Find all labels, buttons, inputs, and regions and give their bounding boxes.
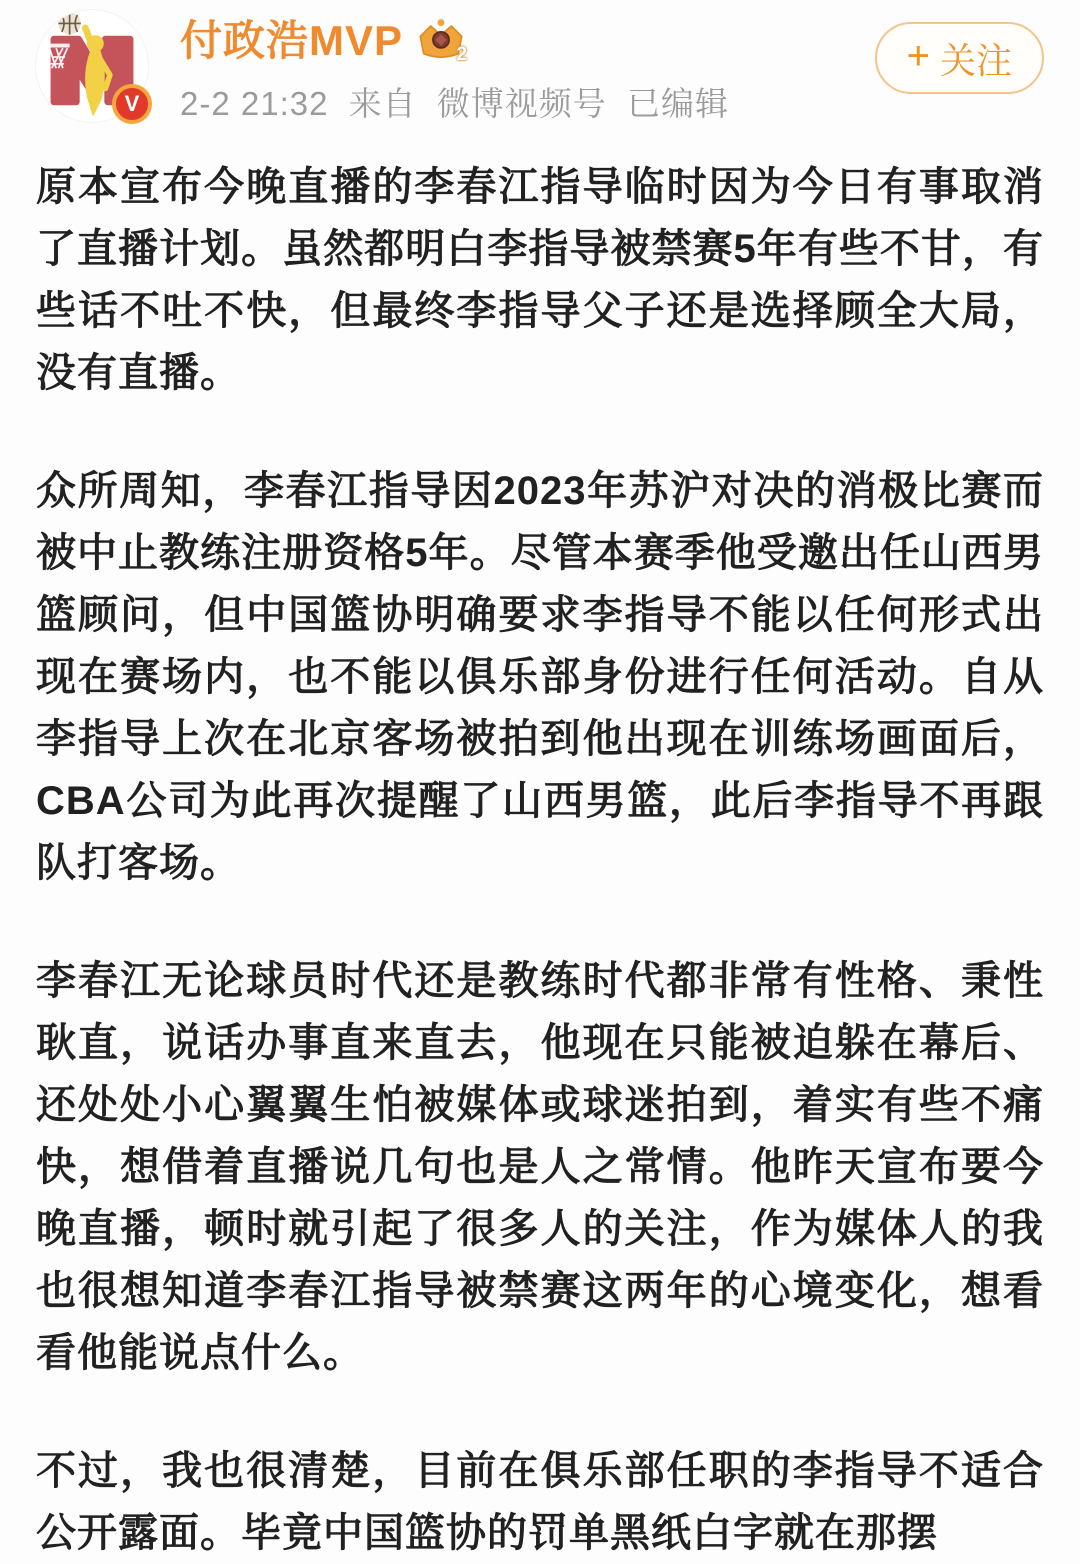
edited-label: 已编辑: [627, 85, 729, 122]
post-content: 原本宣布今晚直播的李春江指导临时因为今日有事取消了直播计划。虽然都明白李指导被禁…: [0, 128, 1080, 1564]
verified-badge-icon: V: [112, 84, 152, 124]
post-paragraph-1: 原本宣布今晚直播的李春江指导临时因为今日有事取消了直播计划。虽然都明白李指导被禁…: [36, 156, 1044, 404]
weibo-post-page: V 付政浩MVP 2 2-2 21:32 来自 微博视: [0, 0, 1080, 1564]
post-header: V 付政浩MVP 2 2-2 21:32 来自 微博视: [0, 0, 1080, 128]
follow-button-label: 关注: [940, 33, 1012, 84]
vip-level: 2: [456, 44, 467, 66]
source-prefix: 来自: [349, 85, 417, 122]
post-paragraph-3: 李春江无论球员时代还是教练时代都非常有性格、秉性耿直，说话办事直来直去，他现在只…: [36, 950, 1044, 1384]
post-paragraph-2: 众所周知，李春江指导因2023年苏沪对决的消极比赛而被中止教练注册资格5年。尽管…: [36, 460, 1044, 894]
follow-button[interactable]: + 关注: [875, 22, 1044, 94]
post-time: 2-2 21:32: [180, 85, 328, 122]
verified-letter: V: [125, 93, 140, 115]
plus-icon: +: [907, 36, 930, 76]
post-paragraph-4: 不过，我也很清楚，目前在俱乐部任职的李指导不适合公开露面。毕竟中国篮协的罚单黑纸…: [36, 1440, 1044, 1564]
author-name[interactable]: 付政浩MVP: [180, 18, 403, 64]
vip-crown-icon: 2: [415, 18, 467, 64]
post-source-link[interactable]: 微博视频号: [437, 85, 607, 122]
author-avatar[interactable]: V: [36, 10, 148, 122]
